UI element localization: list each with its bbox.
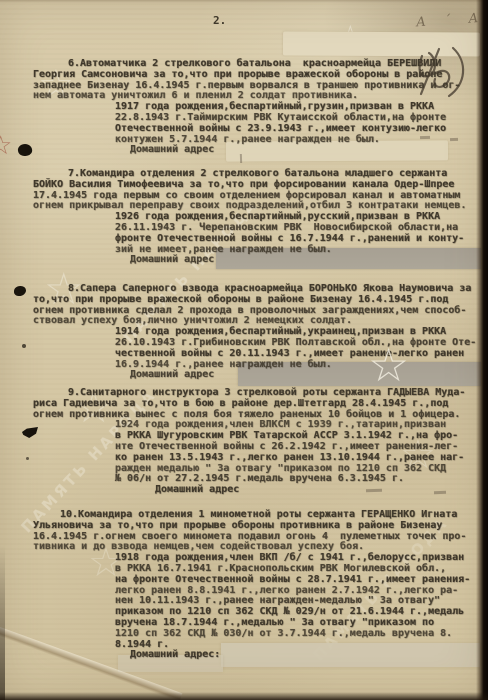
text-line: Ульяновича за то,что при прорыве обороны… bbox=[33, 521, 470, 532]
text-line: 1924 года рождения,член ВЛКСМ с 1939 г.,… bbox=[115, 420, 465, 431]
scan-edge-right bbox=[476, 0, 488, 700]
edge-red-star-stamp: ☆ bbox=[0, 131, 12, 161]
text-line: БОЙКО Василия Тимофеевича за то,что при … bbox=[33, 180, 466, 191]
scanned-award-document-page: ☆ ☆ ☆ ☆ ☆ ☆ ☆ ПАМЯТЬ НАРОДА ПАМЯТЬ НАРОД… bbox=[0, 0, 488, 700]
text-line: риса Гадиевича за то,что в бою в районе … bbox=[33, 399, 465, 410]
ink-dot bbox=[22, 344, 26, 348]
text-line: чественной войны с 20.11.1943 г.,имеет р… bbox=[115, 349, 476, 360]
text-line: нте Отечественной войны с 26.2.1942 г.,и… bbox=[115, 442, 465, 453]
text-line: тивника и до взвода немцев,чем содейство… bbox=[33, 542, 470, 553]
text-line: 26.10.1943 г.Грибиновским РВК Полтавской… bbox=[115, 338, 476, 349]
text-line: Отечественной войны с 23.9.1943 г.,имеет… bbox=[115, 124, 460, 135]
home-address-line: Домашний адрес bbox=[130, 255, 466, 266]
text-line: ко ранен 13.5.1943 г.,легко ранен 13.10.… bbox=[115, 453, 465, 464]
text-line: № 06/н от 27.2.1945 г.медаль вручена 6.3… bbox=[115, 474, 465, 485]
text-line: Георгия Самсоновича за то,что при прорыв… bbox=[33, 70, 460, 81]
home-address-line: Домашний адрес bbox=[130, 145, 460, 156]
ink-blob bbox=[14, 286, 26, 296]
text-line: ствовал успеху боя,лично уничтожил 2 нем… bbox=[33, 316, 476, 327]
text-line: фронте Отечественной войны с 16.7.1944 г… bbox=[115, 234, 466, 245]
text-line: 1210 сп 362 СКД № 030/н от 3.7.1944 г.,м… bbox=[115, 629, 470, 640]
text-line: 22.8.1943 г.Таймирским РВК Кутаисской об… bbox=[115, 113, 460, 124]
text-line: в РККА 16.7.1941 г.Краснопольским РВК Мо… bbox=[115, 564, 470, 575]
text-line: нем автомата уничтожил 6 и пленил 2 солд… bbox=[33, 91, 460, 102]
scan-edge-bottom bbox=[0, 692, 488, 700]
paragraph-7: 7.Командира отделения 2 стрелкового бата… bbox=[33, 169, 466, 266]
text-line: на фронте Отечественной войны с 28.7.194… bbox=[115, 575, 470, 586]
home-address-line: Домашний адрес: bbox=[130, 650, 470, 661]
paragraph-9: 9.Санитарного инструктора 3 стрелковой р… bbox=[33, 388, 465, 496]
text-line: нен 10.11.1943 г.,ранее награжден-медаль… bbox=[115, 596, 470, 607]
paragraph-6: 6.Автоматчика 2 стрелкового батальона кр… bbox=[33, 59, 460, 156]
paragraph-10: 10.Командира отделения 1 минометной роты… bbox=[33, 510, 470, 661]
home-address-line: Домашний адрес bbox=[130, 370, 476, 381]
page-number: 2. bbox=[213, 14, 226, 27]
paragraph-8: 8.Сапера Саперного взвода красноармейца … bbox=[33, 284, 476, 381]
text-line: огнем прикрывал переправу своих подразде… bbox=[33, 201, 466, 212]
text-line: то,что при прорыве вражеской обороны в р… bbox=[33, 295, 476, 306]
home-address-line: Домашний адрес bbox=[155, 485, 465, 496]
ink-blob bbox=[17, 143, 33, 158]
scan-edge-left bbox=[0, 545, 5, 700]
scan-edge-top bbox=[0, 0, 488, 3]
text-line: 26.11.1943 г. Черепановским РВК Новосиби… bbox=[115, 223, 466, 234]
ink-dot bbox=[26, 457, 29, 460]
